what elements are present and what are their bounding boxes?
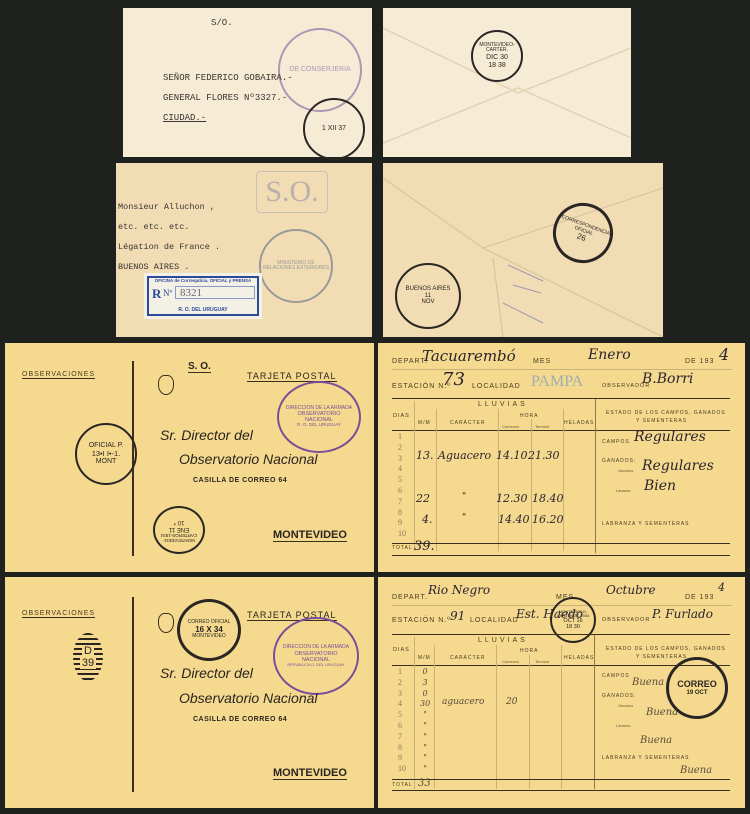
observaciones-label: Observaciones	[22, 371, 95, 379]
observador-value: B.Borri	[642, 371, 693, 387]
entry-caracter: aguacero	[442, 697, 484, 707]
casilla-line: CASILLA DE CORREO 64	[193, 477, 287, 484]
divider-line	[132, 597, 134, 792]
depart-value: Rio Negro	[428, 583, 490, 597]
entry-termino: 16.20	[532, 513, 564, 526]
postcard-1-front[interactable]: Observaciones S. O. Tarjeta Postal DIREC…	[5, 343, 374, 572]
vacunos-value: Regulares	[642, 458, 714, 474]
address-line: SEÑOR FEDERICO GOBAIRA.-	[163, 68, 293, 88]
so-header: S. O.	[188, 361, 211, 373]
postmark-correo-oficial: CORREO OFICIAL 16 X 34 MONTEVIDEO	[177, 599, 241, 661]
so-box-mark: S.O.	[256, 171, 328, 213]
envelope-2-back[interactable]: CORRESPONDENCIA OFICIAL 26 BUENOS AIRES …	[383, 163, 663, 337]
postcard-2-front[interactable]: Observaciones D 39 Tarjeta Postal CORREO…	[5, 577, 374, 808]
postmark: MONTEVIDEO-CARTER. DIC 30 18 38	[471, 30, 523, 82]
envelope-1-front[interactable]: S/O. DE CONSERJERIA SEÑOR FEDERICO GOBAI…	[123, 8, 372, 157]
labranza-value: Buena	[680, 765, 712, 776]
entry-caracter: Aguacero	[438, 449, 491, 462]
coat-of-arms-icon	[158, 375, 174, 395]
recipient-line-2: Observatorio Nacional	[179, 451, 318, 467]
entry-termino: 21.30	[528, 449, 560, 462]
observatorio-stamp: DIRECCION DE LA ARMADA OBSERVATORIO NACI…	[277, 381, 361, 453]
envelope-2-front[interactable]: S.O. Monsieur Alluchon , etc. etc. etc. …	[116, 163, 372, 337]
entry-mm: 22	[416, 492, 430, 505]
envelope-1-back[interactable]: MONTEVIDEO-CARTER. DIC 30 18 38	[383, 8, 631, 157]
day-numbers: 12345678910	[398, 667, 406, 775]
envelope-flap-lines	[383, 8, 631, 157]
depart-value: Tacuarembó	[422, 347, 516, 365]
entry-comenzo: 20	[506, 697, 517, 707]
recipient-line-2: Observatorio Nacional	[179, 690, 318, 706]
address-line: Monsieur Alluchon ,	[118, 197, 220, 217]
postmark-carteros: MONTEVIDEO-CARTEROS-1934 OCT 16 18 30	[550, 597, 596, 643]
estacion-value: 73	[442, 369, 465, 390]
entry-caracter: "	[462, 492, 466, 502]
postmark-correo: CORREO 19 OCT	[666, 657, 728, 719]
observador-value: P. Furlado	[652, 607, 713, 621]
entry-comenzo: 12.30	[496, 492, 528, 505]
entry-mm: 13.	[416, 449, 434, 462]
entry-mm: 4.	[422, 513, 433, 526]
recipient-line-1: Sr. Director del	[160, 665, 253, 681]
ministry-seal: MINISTERIO DE RELACIONES EXTERIORES	[259, 229, 333, 303]
campos-value: Regulares	[634, 429, 706, 445]
barred-d39-mark: D 39	[73, 633, 103, 681]
mes-value: Enero	[588, 347, 631, 363]
address-line: GENERAL FLORES Nº3327.-	[163, 88, 293, 108]
city-line: MONTEVIDEO	[273, 767, 347, 780]
postmark-carteros: MONTEVIDEO-CARTEROS-1934 ENE 11 10 *	[153, 506, 205, 554]
observatorio-stamp: DIRECCION DE LA ARMADA OBSERVATORIO NACI…	[273, 617, 359, 695]
localidad-value: PAMPA	[531, 373, 583, 391]
mes-value: Octubre	[606, 583, 656, 597]
year-digit: 4	[719, 345, 729, 364]
lanares-value: Bien	[644, 478, 676, 494]
entry-termino: 18.40	[532, 492, 564, 505]
registration-number: 8321	[175, 286, 255, 299]
registration-label: OFICINA de Correspdcia. OFICIAL y PRENSA…	[144, 273, 262, 319]
casilla-line: CASILLA DE CORREO 64	[193, 716, 287, 723]
campos-value: Buena	[632, 677, 664, 688]
entry-comenzo: 14.40	[498, 513, 530, 526]
postmark-oficial: OFICIAL P. 13•I I•-1. MONT	[75, 423, 137, 485]
total-value: 39.	[414, 539, 435, 554]
address-block: SEÑOR FEDERICO GOBAIRA.- GENERAL FLORES …	[163, 68, 293, 128]
day-numbers: 12345678910	[398, 432, 406, 540]
total-value: 33	[418, 778, 431, 789]
lanares-value: Buena	[640, 735, 672, 746]
recipient-line-1: Sr. Director del	[160, 427, 253, 443]
rain-report-card-2[interactable]: Depart. Rio Negro Mes Octubre de 193 4 E…	[378, 577, 745, 808]
mm-column: 03030""""""	[420, 667, 430, 775]
address-line: CIUDAD.-	[163, 108, 293, 128]
address-line: Légation de France .	[118, 237, 220, 257]
so-header: S/O.	[211, 18, 233, 28]
city-line: MONTEVIDEO	[273, 529, 347, 542]
entry-caracter: "	[462, 513, 466, 523]
coat-of-arms-icon	[158, 613, 174, 633]
address-line: etc. etc. etc.	[118, 217, 220, 237]
year-digit: 4	[718, 581, 725, 594]
entry-comenzo: 14.10	[496, 449, 528, 462]
postmark-buenos-aires: BUENOS AIRES 11 NOV	[395, 263, 461, 329]
postmark: 1 XII 37	[303, 98, 365, 160]
address-block: Monsieur Alluchon , etc. etc. etc. Légat…	[118, 197, 220, 277]
estacion-value: 91	[450, 609, 465, 623]
rain-report-card-1[interactable]: Depart. Tacuarembó Mes Enero de 193 4 Es…	[378, 343, 745, 572]
observaciones-label: Observaciones	[22, 610, 95, 618]
